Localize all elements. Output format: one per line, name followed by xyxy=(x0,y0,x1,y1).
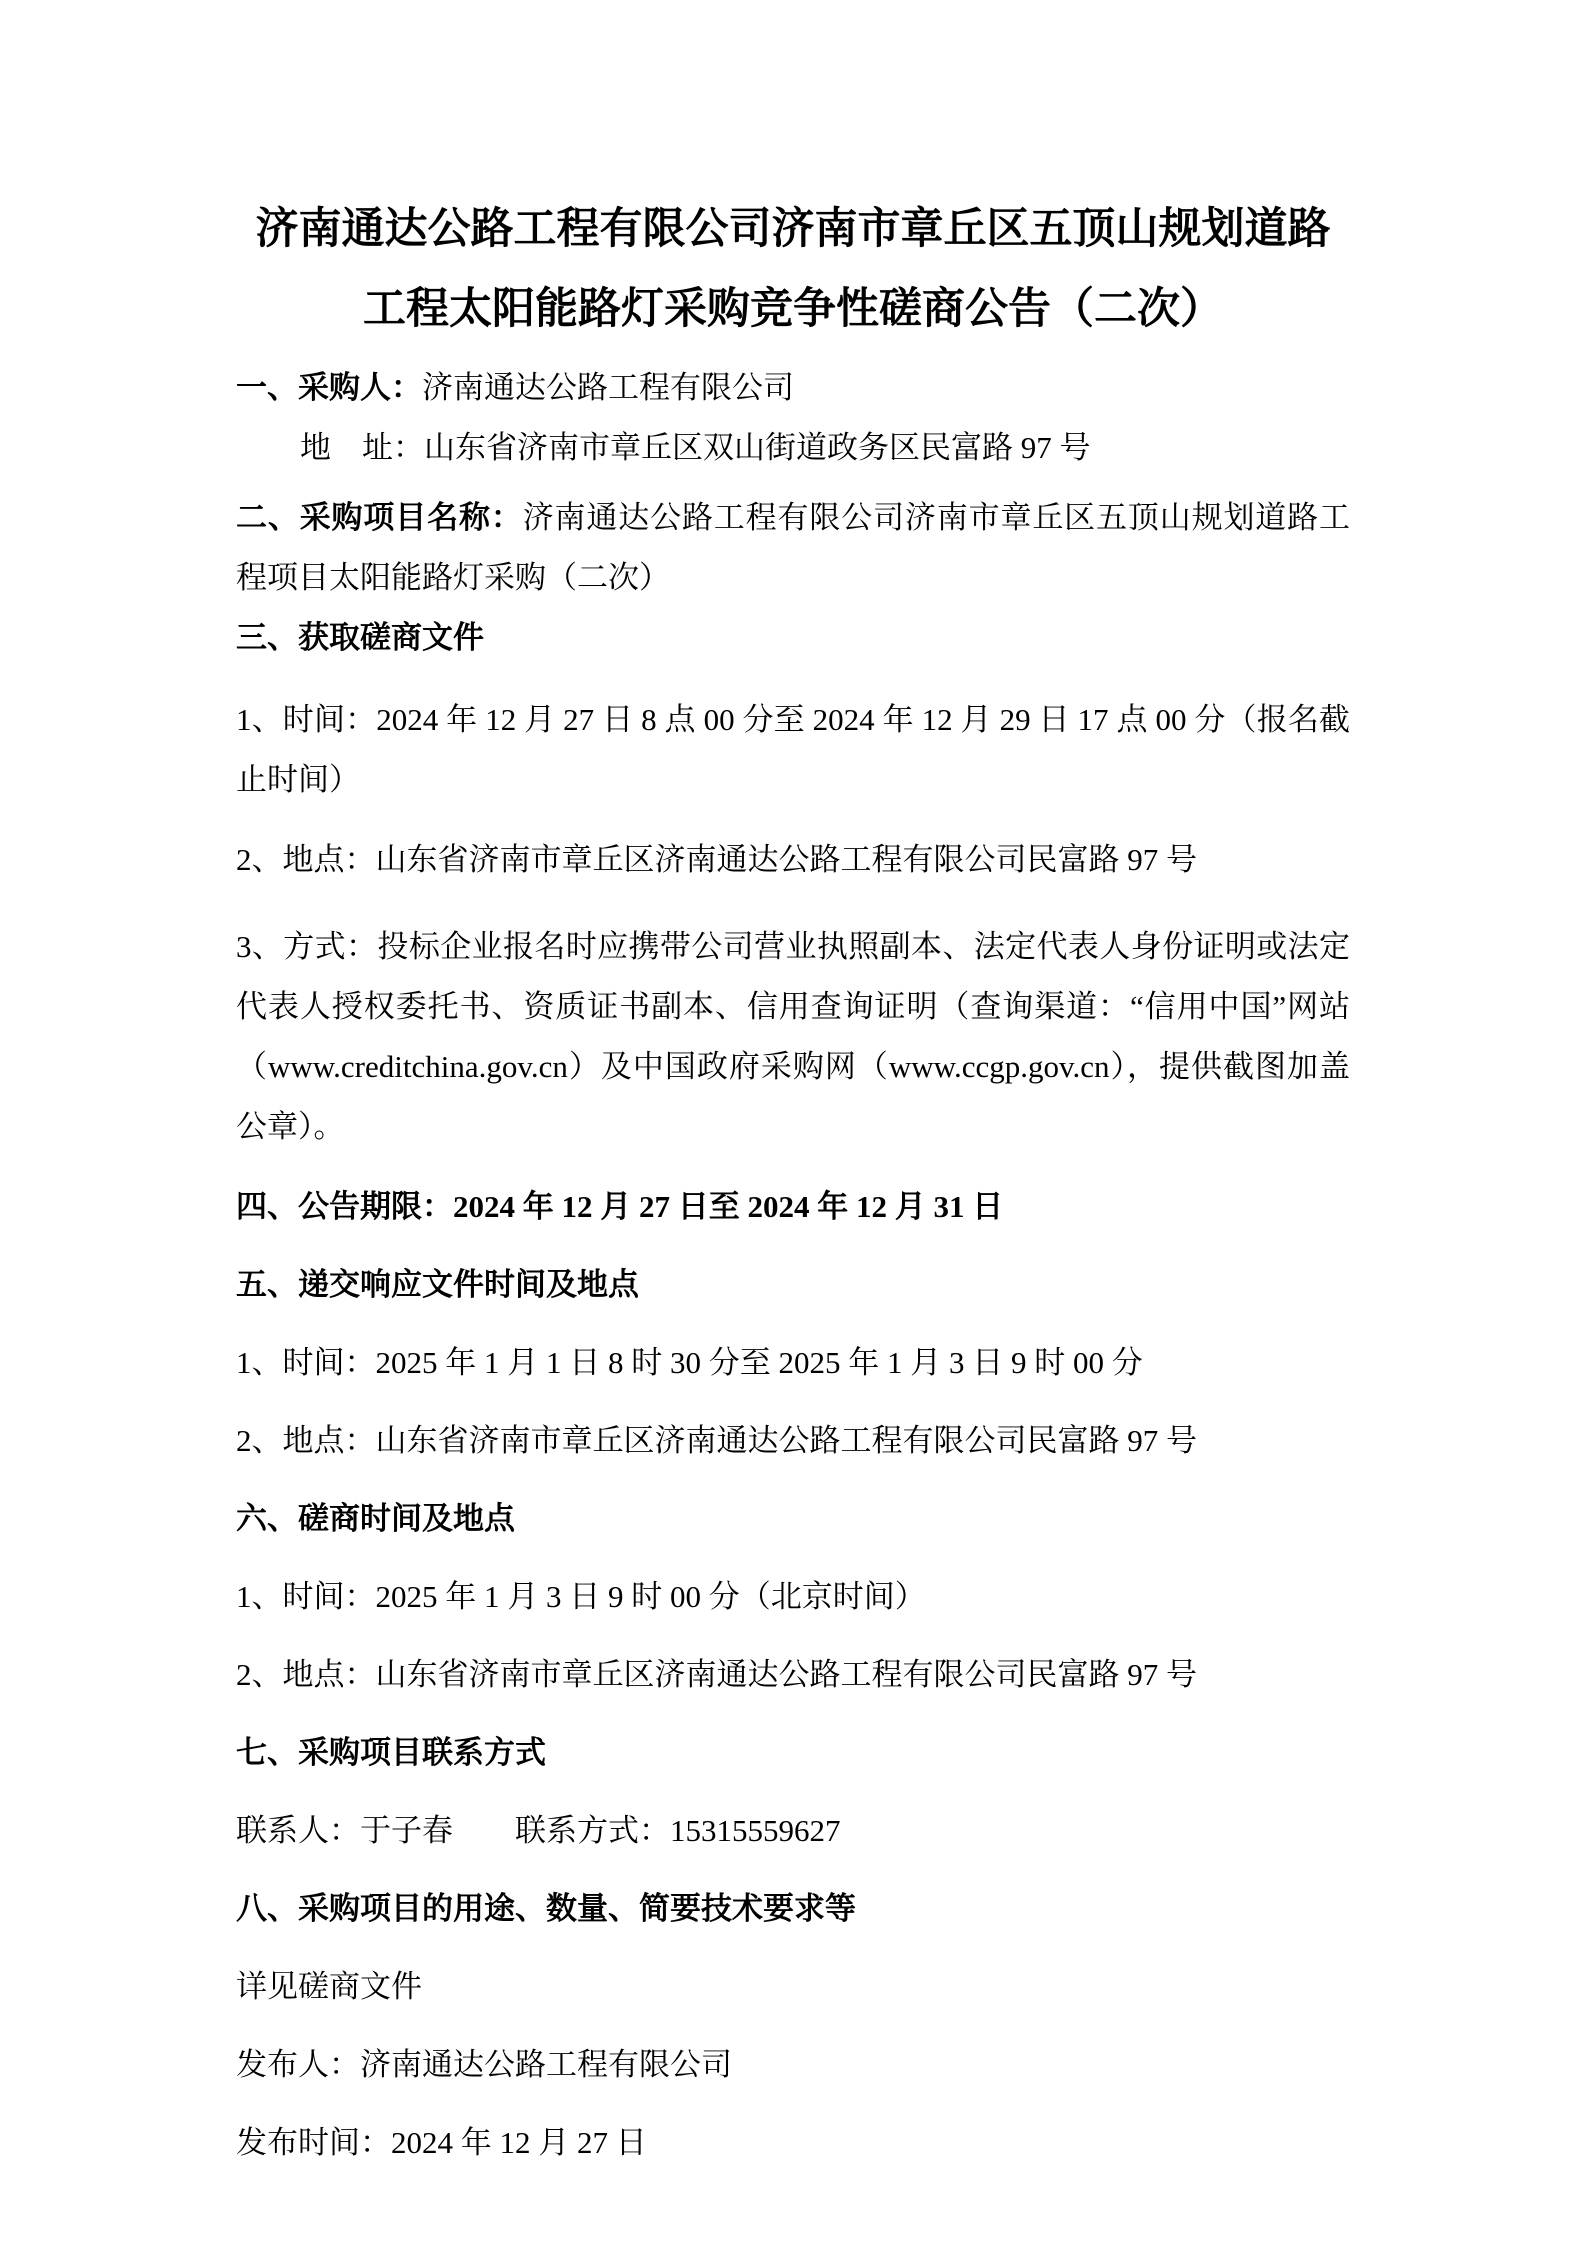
project-name-line: 二、采购项目名称：济南通达公路工程有限公司济南市章丘区五顶山规划道路工程项目太阳… xyxy=(236,488,1350,608)
project-name-label: 二、采购项目名称： xyxy=(236,500,523,535)
purchaser-value: 济南通达公路工程有限公司 xyxy=(422,370,794,405)
document-title: 济南通达公路工程有限公司济南市章丘区五顶山规划道路工程太阳能路灯采购竞争性磋商公… xyxy=(236,190,1350,350)
obtain-docs-heading: 三、获取磋商文件 xyxy=(236,608,1350,668)
publish-date-line: 发布时间：2024 年 12 月 27 日 xyxy=(236,2113,1350,2173)
purchaser-label: 一、采购人： xyxy=(236,370,422,405)
submit-section-heading: 五、递交响应文件时间及地点 xyxy=(236,1255,1350,1315)
submit-place-line: 2、地点：山东省济南市章丘区济南通达公路工程有限公司民富路 97 号 xyxy=(236,1411,1350,1471)
obtain-method-line: 3、方式：投标企业报名时应携带公司营业执照副本、法定代表人身份证明或法定代表人授… xyxy=(236,917,1350,1157)
address-line: 地 址：山东省济南市章丘区双山街道政务区民富路 97 号 xyxy=(236,418,1350,478)
purchaser-line: 一、采购人：济南通达公路工程有限公司 xyxy=(236,358,1350,418)
contact-line: 联系人：于子春 联系方式：15315559627 xyxy=(236,1801,1350,1861)
negotiation-place-line: 2、地点：山东省济南市章丘区济南通达公路工程有限公司民富路 97 号 xyxy=(236,1645,1350,1705)
submit-time-line: 1、时间：2025 年 1 月 1 日 8 时 30 分至 2025 年 1 月… xyxy=(236,1333,1350,1393)
requirements-note-line: 详见磋商文件 xyxy=(236,1957,1350,2017)
negotiation-time-line: 1、时间：2025 年 1 月 3 日 9 时 00 分（北京时间） xyxy=(236,1567,1350,1627)
requirements-section-heading: 八、采购项目的用途、数量、简要技术要求等 xyxy=(236,1879,1350,1939)
obtain-place-line: 2、地点：山东省济南市章丘区济南通达公路工程有限公司民富路 97 号 xyxy=(236,830,1350,890)
obtain-time-line: 1、时间：2024 年 12 月 27 日 8 点 00 分至 2024 年 1… xyxy=(236,690,1350,810)
address-value: 地 址：山东省济南市章丘区双山街道政务区民富路 97 号 xyxy=(300,430,1091,465)
publisher-line: 发布人：济南通达公路工程有限公司 xyxy=(236,2035,1350,2095)
document-page: 济南通达公路工程有限公司济南市章丘区五顶山规划道路工程太阳能路灯采购竞争性磋商公… xyxy=(0,0,1587,2245)
negotiation-section-heading: 六、磋商时间及地点 xyxy=(236,1489,1350,1549)
notice-period-heading: 四、公告期限：2024 年 12 月 27 日至 2024 年 12 月 31 … xyxy=(236,1177,1350,1237)
contact-section-heading: 七、采购项目联系方式 xyxy=(236,1723,1350,1783)
